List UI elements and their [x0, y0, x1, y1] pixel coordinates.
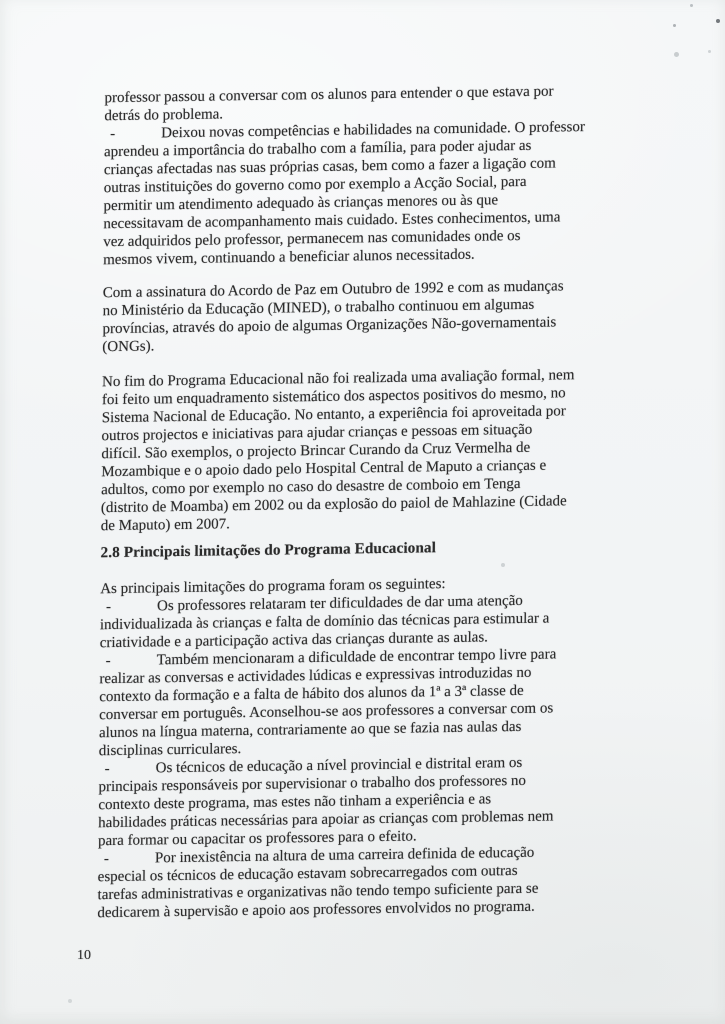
paragraph: No fim do Programa Educacional não foi r… — [101, 365, 667, 535]
bullet-item: -Por inexistência na altura de uma carre… — [97, 842, 663, 922]
section-heading: 2.8 Principais limitações do Programa Ed… — [100, 536, 665, 562]
bullet-dash: - — [98, 849, 155, 868]
scan-speck — [716, 19, 720, 23]
bullet-item: -Os técnicos de educação a nível provinc… — [98, 752, 664, 850]
text-line: 2.8 Principais limitações do Programa Ed… — [100, 536, 665, 562]
document-body: professor passou a conversar com os alun… — [97, 81, 669, 922]
bullet-dash: - — [100, 651, 157, 670]
bullet-dash: - — [100, 597, 157, 616]
scan-speck — [68, 999, 72, 1003]
bullet-item: -Os professores relataram ter dificuldad… — [100, 590, 666, 652]
bullet-dash: - — [104, 124, 161, 143]
bullet-item: -Deixou novas competências e habilidades… — [103, 117, 669, 269]
scan-speck — [501, 563, 505, 567]
scan-speck — [708, 50, 711, 53]
scanned-page: professor passou a conversar com os alun… — [0, 0, 725, 1024]
paragraph: Com a assinatura do Acordo de Paz em Out… — [102, 276, 668, 356]
scan-speck — [690, 4, 693, 7]
scan-speck — [673, 24, 676, 27]
page-number: 10 — [77, 948, 91, 964]
bullet-dash: - — [99, 759, 156, 778]
scan-speck — [674, 52, 679, 57]
bullet-item: -Também mencionaram a dificuldade de enc… — [99, 644, 665, 760]
